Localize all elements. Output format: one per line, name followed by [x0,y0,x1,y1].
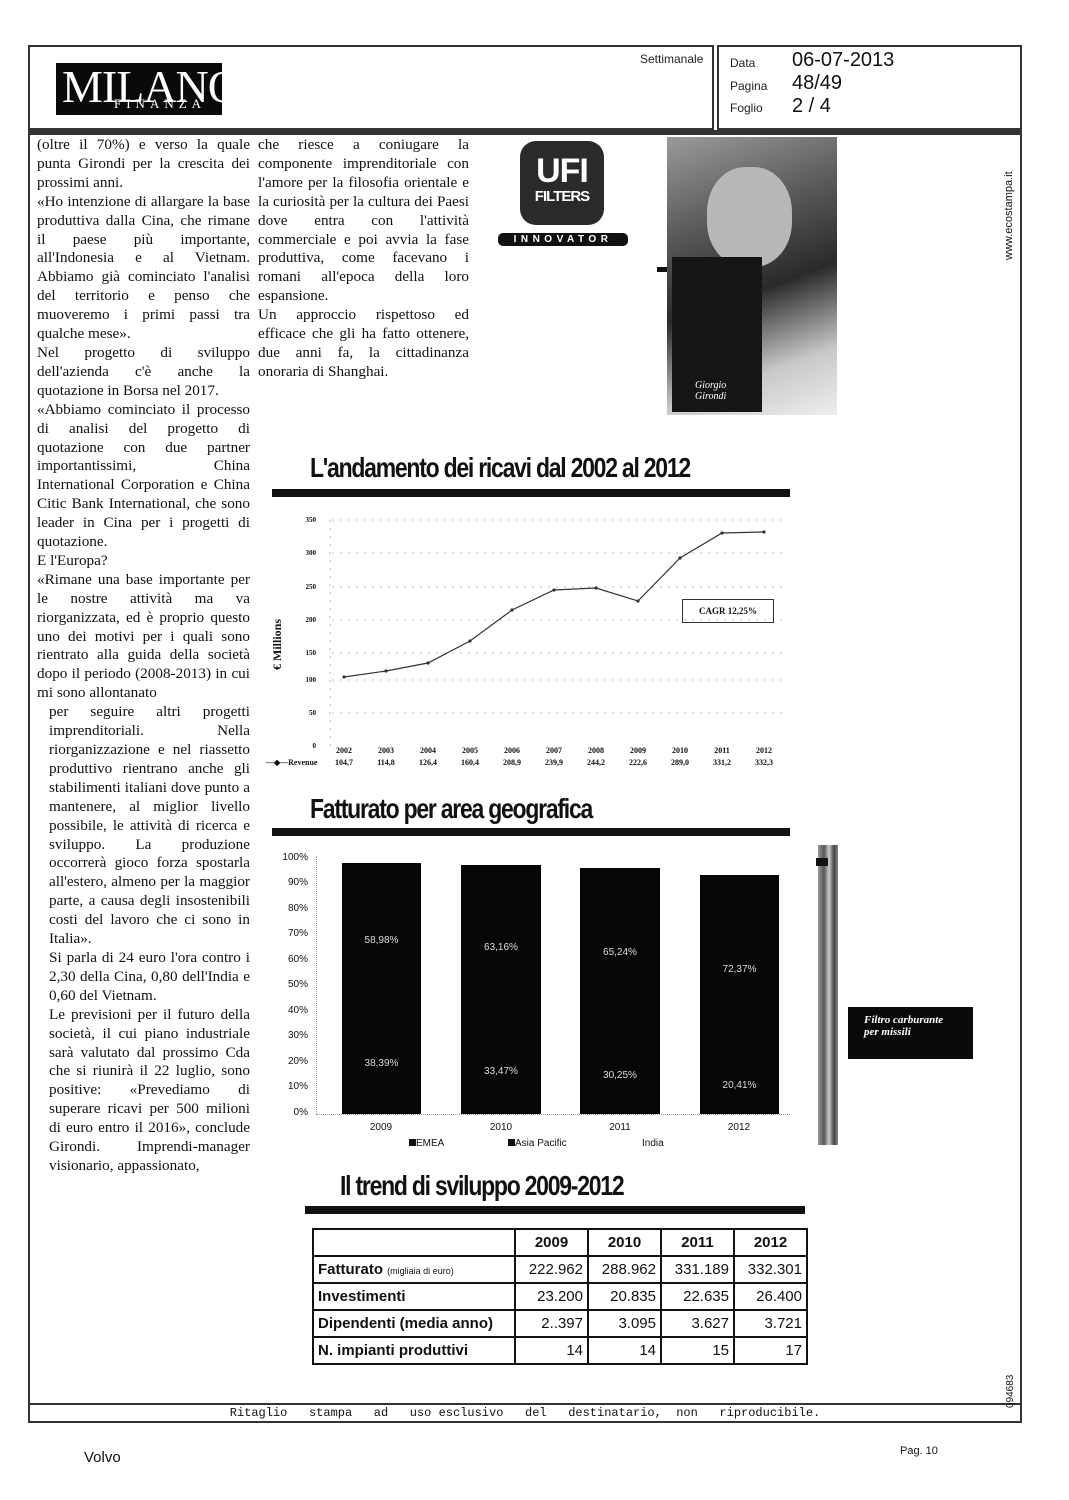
line-chart-plot [272,500,790,760]
row-label: N. impianti produttivi [313,1337,515,1364]
value-label: 114,8 [366,758,406,767]
y-tick: 0% [268,1107,308,1118]
table-header-row: 2009 2010 2011 2012 [313,1229,807,1256]
legend-revenue: —◆—Revenue [266,758,317,767]
x-tick: 2009 [351,1122,411,1133]
table-cell: 3.721 [734,1310,807,1337]
paragraph: Un approccio rispettoso ed efficace che … [258,306,469,382]
filter-caption-2: per missili [864,1026,973,1038]
meta-sheet-label: Foglio [730,101,763,115]
x-axis-line [316,1114,790,1115]
footer-divider [28,1403,1022,1405]
table-cell: 23.200 [515,1283,588,1310]
table-cell: 20.835 [588,1283,661,1310]
bar-2009 [342,863,421,1114]
paragraph: «Rimane una base importante per le nostr… [37,571,250,703]
y-tick: 10% [268,1081,308,1092]
y-axis-line [316,856,317,1114]
value-label: 208,9 [492,758,532,767]
row-label: Dipendenti (media anno) [313,1310,515,1337]
value-label: 126,4 [408,758,448,767]
y-tick: 30% [268,1030,308,1041]
geo-stacked-bar-chart: 100% 90% 80% 70% 60% 50% 40% 30% 20% 10%… [272,850,790,1160]
y-tick: 70% [268,928,308,939]
emea-label-2010: 33,47% [461,1066,541,1077]
photo-caption-2: Girondi [695,391,726,402]
filter-caption-box: Filtro carburante per missili [848,1007,973,1059]
asia-pacific-label-2011: 65,24% [580,947,660,958]
table-cell: 331.189 [661,1256,734,1283]
side-code: 094683 [1005,1375,1016,1408]
value-label: 289,0 [660,758,700,767]
ufi-logo-text: UFI [520,153,604,189]
table-row: Fatturato (migliaia di euro) 222.962 288… [313,1256,807,1283]
client-name: Volvo [84,1449,121,1466]
cagr-annotation: CAGR 12,25% [682,599,774,623]
x-tick: 2011 [590,1122,650,1133]
table-cell: 26.400 [734,1283,807,1310]
legend-india: India [642,1138,664,1149]
publication-logo: MILANO FINANZA [56,63,222,115]
frequency-label: Settimanale [640,52,703,66]
paragraph: Si parla di 24 euro l'ora contro i 2,30 … [37,949,250,1006]
asia-pacific-label-2009: 58,98% [342,935,421,946]
table-cell: 332.301 [734,1256,807,1283]
value-label: 332,3 [744,758,784,767]
ufi-logo-subtext: FILTERS [520,189,604,205]
table-row: Investimenti 23.200 20.835 22.635 26.400 [313,1283,807,1310]
row-label-note: (migliaia di euro) [387,1266,454,1276]
value-label: 222,6 [618,758,658,767]
paragraph: «Ho intenzione di allargare la base prod… [37,193,250,344]
emea-label-2011: 30,25% [580,1070,660,1081]
table-header-cell [313,1229,515,1256]
trend-table: 2009 2010 2011 2012 Fatturato (migliaia … [312,1228,808,1365]
geo-chart-title: Fatturato per area geografica [310,793,592,825]
x-tick: 2011 [702,746,742,755]
fuel-filter-image [818,845,838,1145]
x-tick: 2007 [534,746,574,755]
meta-page-label: Pagina [730,79,767,93]
table-cell: 3.095 [588,1310,661,1337]
table-cell: 14 [588,1337,661,1364]
table-header-cell: 2009 [515,1229,588,1256]
x-tick: 2002 [324,746,364,755]
x-tick: 2010 [471,1122,531,1133]
filter-cap [816,858,828,866]
emea-label-2009: 38,39% [342,1058,421,1069]
emea-label-2012: 20,41% [700,1080,779,1091]
value-label: 331,2 [702,758,742,767]
value-label: 104,7 [324,758,364,767]
paragraph: per seguire altri progetti imprenditoria… [37,703,250,949]
x-tick: 2012 [744,746,784,755]
filter-caption-1: Filtro carburante [864,1014,973,1026]
value-label: 244,2 [576,758,616,767]
photo-marker [657,267,667,272]
table-cell: 22.635 [661,1283,734,1310]
revenue-line-chart: 350 300 250 200 150 100 50 0 € Millions … [272,500,790,780]
paragraph: che riesce a coniugare la componente imp… [258,136,469,306]
paragraph: Nel progetto di sviluppo dell'azienda c'… [37,344,250,401]
portrait-photo: Giorgio Girondi [667,137,837,415]
row-label: Fatturato (migliaia di euro) [313,1256,515,1283]
row-label: Investimenti [313,1283,515,1310]
meta-date-label: Data [730,56,755,70]
table-cell: 14 [515,1337,588,1364]
title-rule [272,489,790,497]
bar-2012 [700,875,779,1114]
y-tick: 100% [268,852,308,863]
value-label: 239,9 [534,758,574,767]
asia-pacific-label-2012: 72,37% [700,964,779,975]
article-column-1: (oltre il 70%) e verso la quale punta Gi… [37,136,250,1176]
legend-line-icon: —◆— [266,758,288,767]
table-header-cell: 2011 [661,1229,734,1256]
table-cell: 288.962 [588,1256,661,1283]
photo-face [707,167,792,267]
meta-page-value: 48/49 [792,72,842,95]
paragraph: (oltre il 70%) e verso la quale punta Gi… [37,136,250,193]
legend-swatch-icon [508,1139,515,1146]
paragraph: Le previsioni per il futuro della societ… [37,1006,250,1176]
title-rule [305,1206,805,1214]
legend-asia-pacific: Asia Pacific [508,1138,567,1149]
paragraph: «Abbiamo cominciato il processo di anali… [37,401,250,552]
title-rule [272,828,790,836]
x-tick: 2003 [366,746,406,755]
table-cell: 3.627 [661,1310,734,1337]
y-tick: 60% [268,954,308,965]
x-tick: 2010 [660,746,700,755]
legend-emea: EMEA [409,1138,444,1149]
article-column-2: che riesce a coniugare la componente imp… [258,136,469,382]
x-tick: 2004 [408,746,448,755]
x-tick: 2012 [709,1122,769,1133]
row-label-text: Fatturato [318,1261,383,1278]
legend-label: EMEA [416,1138,444,1149]
meta-sheet-value: 2 / 4 [792,95,831,118]
ufi-filters-logo: UFI FILTERS [520,141,604,225]
trend-table-title: Il trend di sviluppo 2009-2012 [340,1170,623,1202]
photo-caption-1: Giorgio [695,380,726,391]
legend-label: Asia Pacific [515,1138,567,1149]
x-tick: 2006 [492,746,532,755]
table-cell: 15 [661,1337,734,1364]
asia-pacific-label-2010: 63,16% [461,942,541,953]
side-url: www.ecostampa.it [1003,171,1015,260]
table-row: Dipendenti (media anno) 2..397 3.095 3.6… [313,1310,807,1337]
meta-date-value: 06-07-2013 [792,49,894,72]
table-cell: 17 [734,1337,807,1364]
table-cell: 2..397 [515,1310,588,1337]
y-tick: 80% [268,903,308,914]
x-tick: 2005 [450,746,490,755]
value-label: 160,4 [450,758,490,767]
logo-sub-text: FINANZA [114,96,206,112]
x-tick: 2009 [618,746,658,755]
page-number: Pag. 10 [900,1445,938,1457]
table-header-cell: 2010 [588,1229,661,1256]
table-row: N. impianti produttivi 14 14 15 17 [313,1337,807,1364]
innovator-tagline: INNOVATOR [498,233,628,246]
table-header-cell: 2012 [734,1229,807,1256]
y-tick: 20% [268,1056,308,1067]
paragraph: E l'Europa? [37,552,250,571]
revenue-chart-title: L'andamento dei ricavi dal 2002 al 2012 [310,452,690,484]
y-tick: 90% [268,877,308,888]
y-tick: 40% [268,1005,308,1016]
legend-series-name: Revenue [288,758,317,767]
legend-label: India [642,1138,664,1149]
table-cell: 222.962 [515,1256,588,1283]
y-tick: 50% [268,979,308,990]
legend-swatch-icon [409,1139,416,1146]
x-tick: 2008 [576,746,616,755]
copyright-notice: Ritaglio stampa ad uso esclusivo del des… [28,1406,1022,1420]
